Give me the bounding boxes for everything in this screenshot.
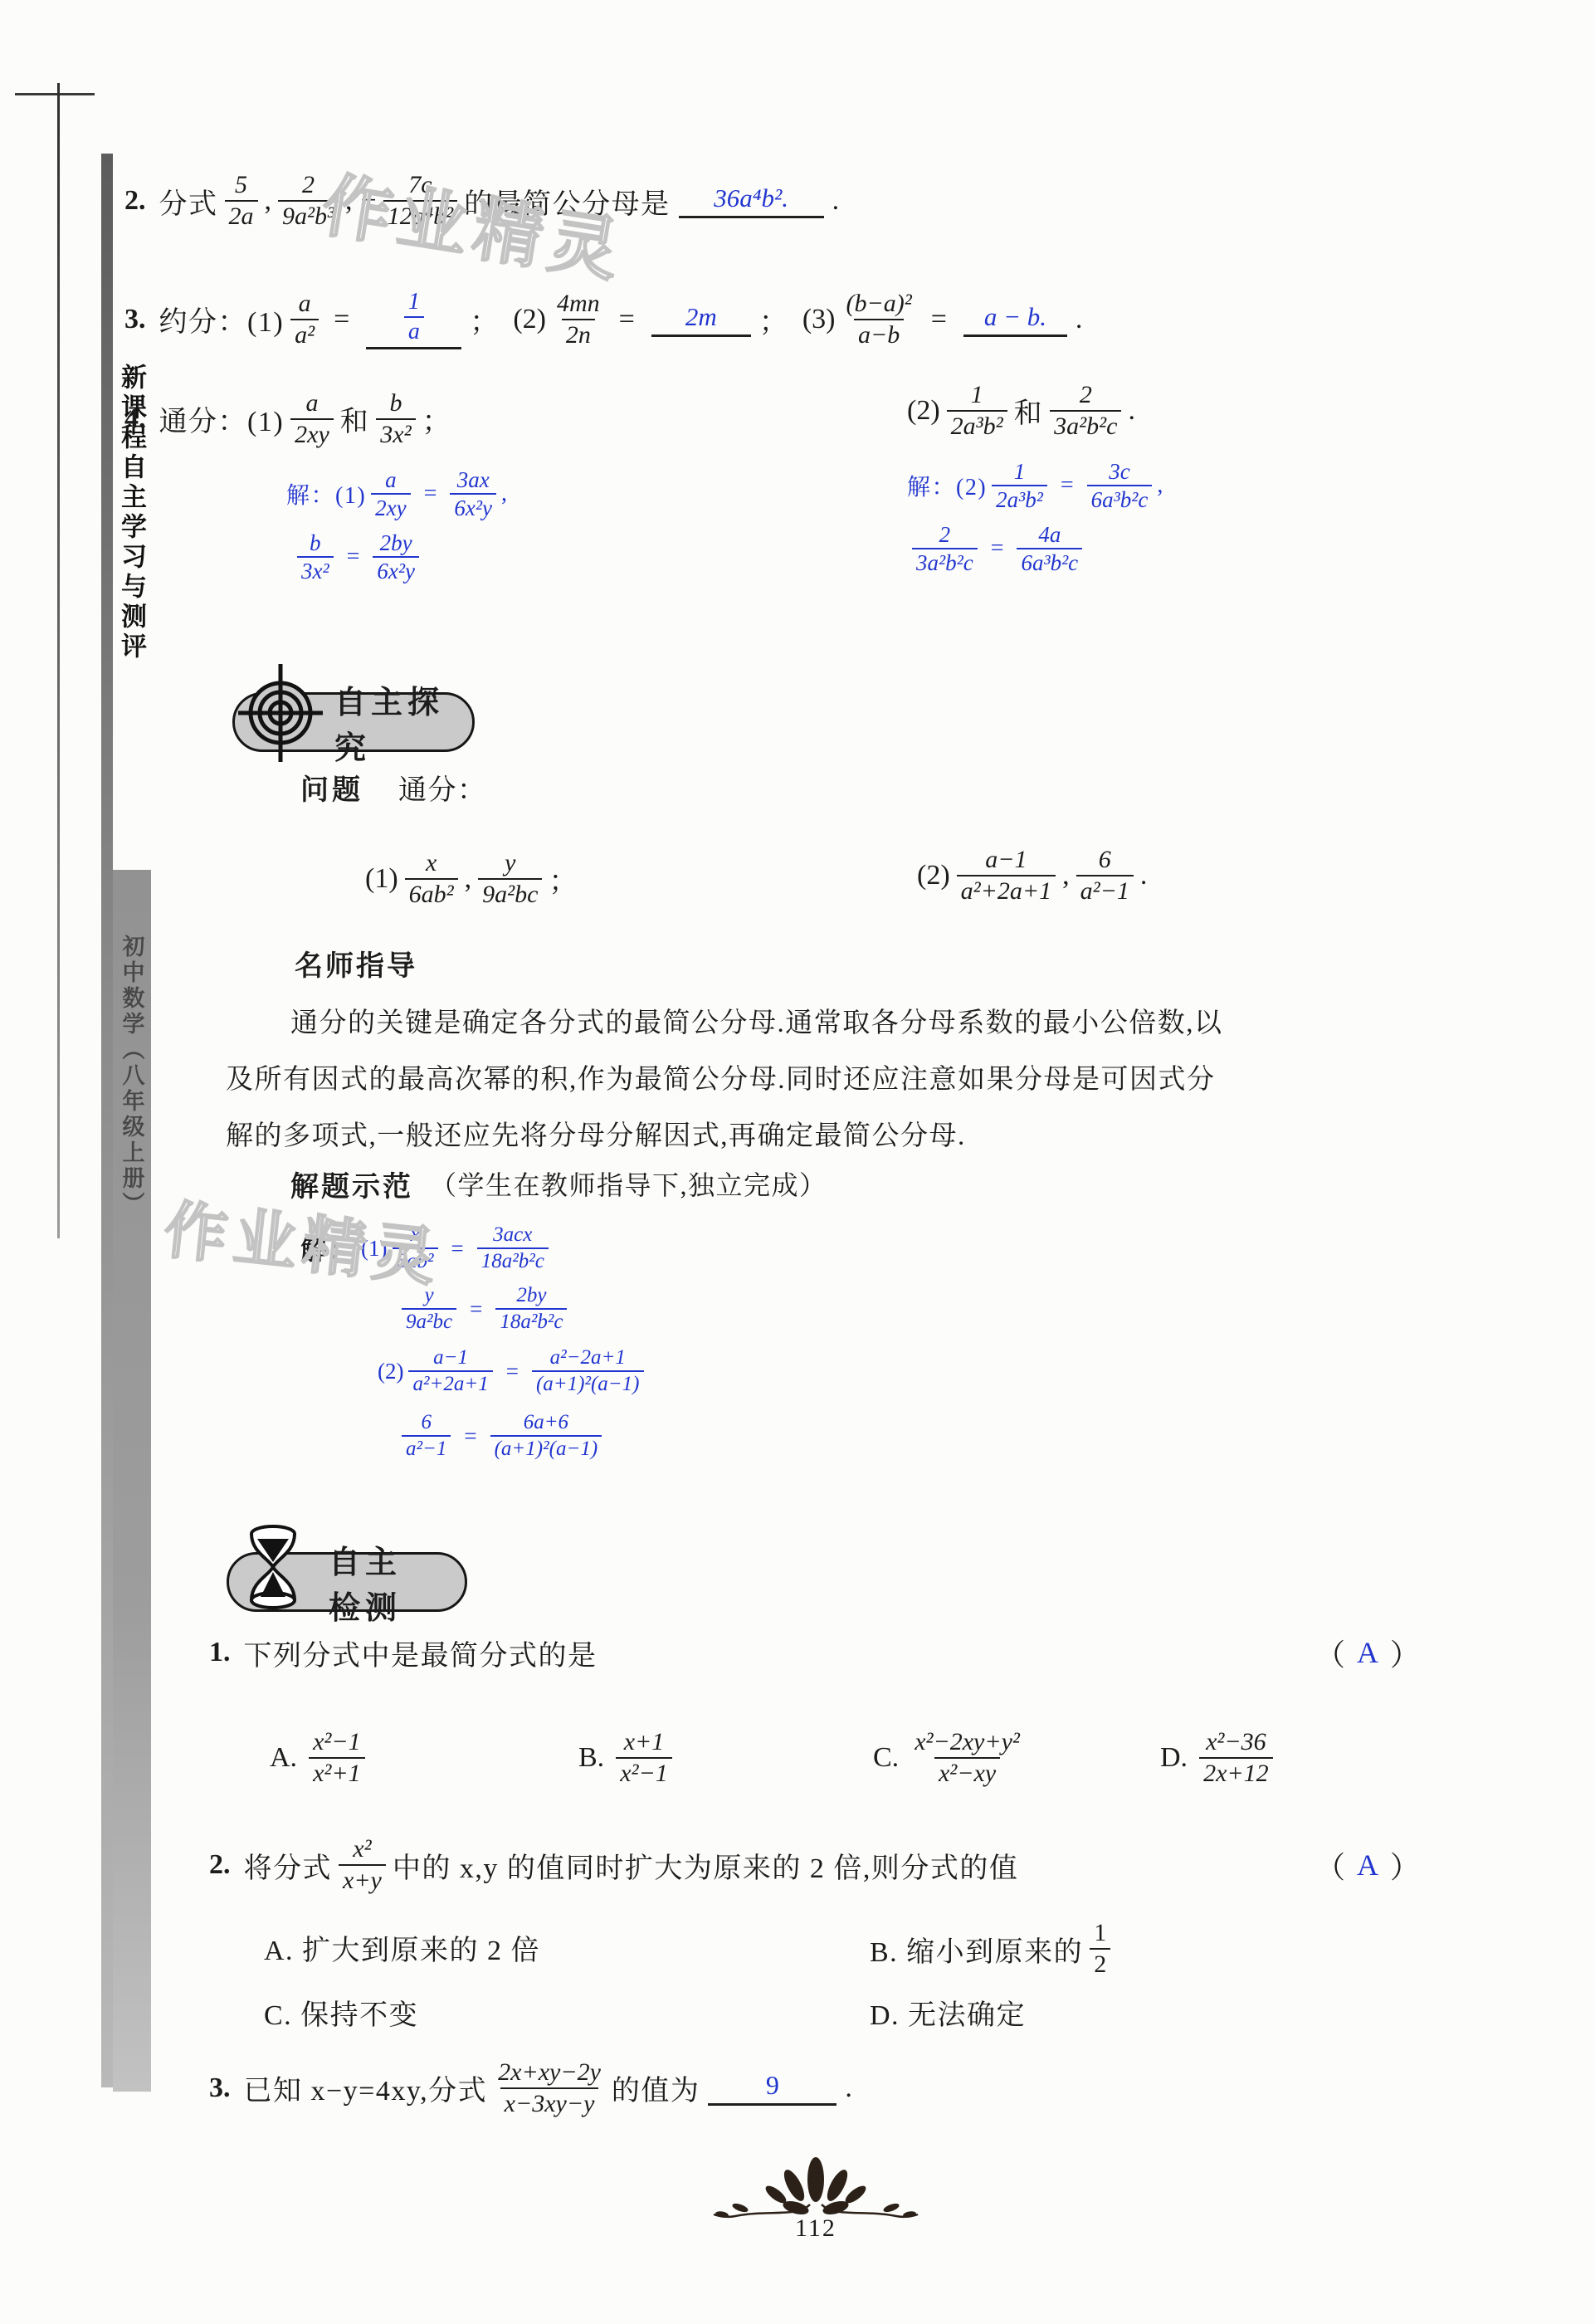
- problem-3: 3. 约分：(1) aa² = 1a ； (2) 4mn2n = 2m ； (3…: [124, 267, 1082, 371]
- fraction: b3x²: [376, 389, 415, 448]
- demo-note: （学生在教师指导下,独立完成）: [430, 1164, 827, 1203]
- workbook-page: 新课程自主学习与测评 初中数学（八年级上册） 作业精灵 作业精灵 2. 分式 5…: [0, 0, 1595, 2324]
- fraction: x²−1x²+1: [309, 1728, 365, 1787]
- problem-text: 中的 x,y 的值同时扩大为原来的 2 倍,则分式的值: [393, 1845, 1019, 1886]
- q2-choice-a: A. 扩大到原来的 2 倍: [264, 1927, 540, 1968]
- problem-number: 3.: [124, 304, 146, 335]
- demo-solution-line1: 解： (1) x6ab² = 3acx18a²b²c: [300, 1218, 554, 1278]
- fraction: 4mn2n: [553, 290, 604, 349]
- q2-answer: （ A ）: [1315, 1841, 1420, 1889]
- fraction: aa²: [290, 290, 319, 349]
- minus-sign: −: [361, 185, 377, 217]
- fraction: a−1a²+2a+1: [957, 846, 1056, 905]
- comma: ,: [465, 863, 472, 895]
- choice-label: C.: [873, 1742, 899, 1774]
- paren-open: （: [1315, 1632, 1345, 1674]
- solution-label: 解：(1): [286, 477, 366, 510]
- test-q2: 2. 将分式 x²x+y 中的 x,y 的值同时扩大为原来的 2 倍,则分式的值: [209, 1819, 1018, 1911]
- p4-solution-line3: 解：(2) 12a³b² = 3c6a³b²c ,: [907, 455, 1163, 516]
- equals-sign: =: [991, 535, 1004, 562]
- fraction: x²−2xy+y²x²−xy: [910, 1728, 1024, 1787]
- explore-question-line: 问题 通分：: [300, 765, 487, 808]
- fraction: 23a²b²c: [1050, 381, 1121, 440]
- comma: ,: [265, 185, 272, 217]
- problem-text: 分式: [159, 181, 218, 222]
- equals-sign: =: [464, 1423, 476, 1449]
- equals-sign: =: [506, 1359, 519, 1384]
- fraction: b3x²: [297, 530, 334, 583]
- q2-choice-c: C. 保持不变: [264, 1992, 418, 2033]
- page-gutter-shadow: [101, 154, 113, 2087]
- period: .: [1128, 395, 1135, 427]
- problem-2: 2. 分式 52a , 29a²b³ , − 7c12a⁴b² 的最简公分母是 …: [124, 143, 839, 259]
- answer-blank: 2m: [651, 302, 751, 337]
- paren-open: （: [1315, 1844, 1345, 1887]
- comma: ,: [1062, 860, 1070, 891]
- problem-text: 的值为: [612, 2068, 700, 2108]
- comma: ,: [345, 185, 353, 217]
- comma: ,: [501, 481, 507, 507]
- equals-sign: =: [470, 1296, 482, 1322]
- explore-item-2: (2) a−1a²+2a+1 , 6a²−1 .: [917, 830, 1147, 921]
- choice-label: A.: [270, 1742, 297, 1774]
- answer-blank: 1a: [366, 289, 461, 349]
- fraction: 12a³b²: [947, 381, 1007, 440]
- p4-solution-line2: b3x² = 2by6x²y: [292, 526, 424, 588]
- q1-answer: （ A ）: [1315, 1628, 1420, 1677]
- fraction: 3ax6x²y: [450, 467, 496, 520]
- explore-item-1: (1) x6ab² , y9a²bc ；: [365, 835, 577, 922]
- problem-text: 的最简公分母是: [464, 181, 671, 222]
- item-number: (2): [513, 304, 546, 335]
- test-q1: 1. 下列分式中是最简分式的是: [209, 1628, 598, 1677]
- problem-number: 3.: [209, 2073, 231, 2104]
- guide-paragraph-line1: 通分的关键是确定各分式的最简公分母.通常取各分母系数的最小公倍数,以: [290, 1001, 1223, 1040]
- target-icon: [235, 662, 326, 764]
- fraction: 4a6a³b²c: [1017, 522, 1082, 575]
- question-text: 通分：: [398, 767, 487, 808]
- guide-title: 名师指导: [295, 943, 417, 984]
- fraction: 2by6x²y: [373, 530, 419, 583]
- solution-label: 解：(2): [907, 469, 987, 502]
- answer-letter: A: [1357, 1848, 1378, 1882]
- fraction: x6ab²: [405, 849, 458, 908]
- choice-text: B. 缩小到原来的: [870, 1929, 1083, 1970]
- period: .: [1140, 860, 1148, 891]
- fraction: x²−362x+12: [1199, 1728, 1273, 1787]
- fraction: 6a²−1: [1076, 846, 1134, 905]
- equals-sign: =: [1061, 472, 1074, 499]
- demo-solution-line4: 6a²−1 = 6a+6(a+1)²(a−1): [397, 1404, 607, 1467]
- scan-edge-dash: [15, 93, 95, 95]
- test-q3: 3. 已知 x−y=4xy,分式 2x+xy−2yx−3xy−y 的值为 9 .: [209, 2040, 852, 2136]
- comma: ,: [1157, 472, 1163, 499]
- equals-sign: =: [334, 304, 349, 335]
- item-number: (2): [917, 860, 950, 891]
- choice-label: D.: [1160, 1742, 1188, 1774]
- answer-blank: 9: [708, 2070, 837, 2106]
- fraction: a2xy: [371, 467, 410, 520]
- answer-letter: A: [1357, 1635, 1378, 1670]
- equals-sign: =: [451, 1236, 464, 1262]
- paren-close: ）: [1390, 1844, 1420, 1887]
- period: .: [832, 185, 840, 217]
- and-word: 和: [340, 398, 370, 439]
- fraction: a²−2a+1(a+1)²(a−1): [532, 1346, 644, 1396]
- item-number: (2): [378, 1359, 403, 1384]
- semicolon: ；: [470, 299, 498, 339]
- fraction: 6a²−1: [402, 1411, 451, 1461]
- semicolon: ；: [759, 299, 788, 339]
- and-word: 和: [1014, 390, 1044, 431]
- fraction: a−1a²+2a+1: [408, 1346, 492, 1396]
- scan-edge-line: [57, 83, 60, 1238]
- problem-number: 1.: [209, 1637, 231, 1668]
- equals-sign: =: [347, 544, 360, 570]
- fraction: y9a²bc: [402, 1284, 456, 1334]
- period: .: [1076, 304, 1083, 335]
- item-number: (1): [365, 863, 398, 895]
- problem-4-part1: 4. 通分：(1) a2xy 和 b3x² ；: [124, 375, 451, 462]
- answer-blank: a − b.: [963, 302, 1067, 337]
- problem-text: 已知 x−y=4xy,分式: [244, 2068, 488, 2108]
- fraction: x²x+y: [339, 1835, 386, 1894]
- fraction: 12a³b²: [992, 459, 1047, 512]
- fraction: 12: [1090, 1919, 1110, 1978]
- fraction: 2x+xy−2yx−3xy−y: [494, 2058, 605, 2117]
- fraction: 52a: [225, 171, 258, 230]
- fraction: 3c6a³b²c: [1087, 459, 1153, 512]
- solution-label: 解：: [300, 1229, 356, 1267]
- section-title: 自主探究: [334, 676, 444, 768]
- problem-text: 将分式: [244, 1845, 333, 1886]
- fraction: 29a²b³: [278, 171, 339, 230]
- item-number: (3): [802, 304, 836, 335]
- fraction: (b−a)²a−b: [842, 290, 916, 349]
- hourglass-icon: [242, 1524, 304, 1610]
- q2-choice-b: B. 缩小到原来的 12: [870, 1907, 1117, 1990]
- q2-choice-d: D. 无法确定: [870, 1992, 1026, 2033]
- section-title: 自主检测: [329, 1536, 437, 1628]
- problem-text: 约分：(1): [159, 299, 285, 339]
- fraction: 3acx18a²b²c: [477, 1223, 549, 1273]
- equals-sign: =: [931, 304, 947, 335]
- problem-text: 通分：(1): [159, 398, 285, 439]
- period: .: [845, 2073, 852, 2104]
- guide-paragraph-line2: 及所有因式的最高次幂的积,作为最简公分母.同时还应注意如果分母是可因式分: [226, 1057, 1216, 1096]
- sidebar-book-title: 初中数学（八年级上册）: [116, 935, 149, 2092]
- fraction: y9a²bc: [478, 849, 542, 908]
- demo-solution-line2: y9a²bc = 2by18a²b²c: [397, 1280, 572, 1338]
- choice-label: B.: [578, 1742, 604, 1774]
- fraction: x6ab²: [393, 1223, 438, 1273]
- q1-choice-a: A. x²−1x²+1: [270, 1693, 372, 1822]
- equals-sign: =: [424, 481, 437, 507]
- sidebar-gray-strip: 初中数学（八年级上册）: [113, 870, 151, 2092]
- fraction: 6a+6(a+1)²(a−1): [490, 1411, 602, 1461]
- problem-4-part2: (2) 12a³b² 和 23a²b²c .: [907, 367, 1135, 454]
- p4-solution-line1: 解：(1) a2xy = 3ax6x²y ,: [286, 463, 507, 525]
- problem-number: 4.: [124, 403, 146, 435]
- problem-number: 2.: [124, 185, 146, 217]
- q1-choice-c: C. x²−2xy+y²x²−xy: [873, 1693, 1031, 1822]
- fraction: 1a: [404, 289, 424, 344]
- problem-text: 下列分式中是最简分式的是: [244, 1633, 598, 1673]
- q1-choice-d: D. x²−362x+12: [1160, 1693, 1280, 1822]
- demo-solution-line3: (2) a−1a²+2a+1 = a²−2a+1(a+1)²(a−1): [378, 1340, 649, 1403]
- fraction: 7c12a⁴b²: [383, 171, 457, 230]
- fraction: a2xy: [290, 389, 334, 448]
- semicolon: ；: [422, 398, 451, 439]
- item-number: (2): [907, 395, 940, 427]
- guide-paragraph-line3: 解的多项式,一般还应先将分母分解因式,再确定最简公分母.: [226, 1114, 966, 1153]
- question-label: 问题: [300, 767, 363, 808]
- problem-number: 2.: [209, 1849, 231, 1881]
- demo-title-line: 解题示范 （学生在教师指导下,独立完成）: [290, 1162, 827, 1205]
- demo-title: 解题示范: [290, 1164, 413, 1204]
- p4-solution-line4: 23a²b²c = 4a6a³b²c: [907, 518, 1087, 579]
- semicolon: ；: [549, 858, 577, 899]
- q1-choice-b: B. x+1x²−1: [578, 1693, 679, 1822]
- fraction: x+1x²−1: [616, 1728, 672, 1787]
- answer-blank: 36a⁴b².: [679, 183, 824, 218]
- fraction: 23a²b²c: [912, 522, 978, 575]
- item-number: (1): [361, 1236, 387, 1262]
- paren-close: ）: [1390, 1632, 1420, 1674]
- fraction: 2by18a²b²c: [495, 1284, 567, 1334]
- page-number: 112: [754, 2214, 878, 2243]
- equals-sign: =: [619, 304, 635, 335]
